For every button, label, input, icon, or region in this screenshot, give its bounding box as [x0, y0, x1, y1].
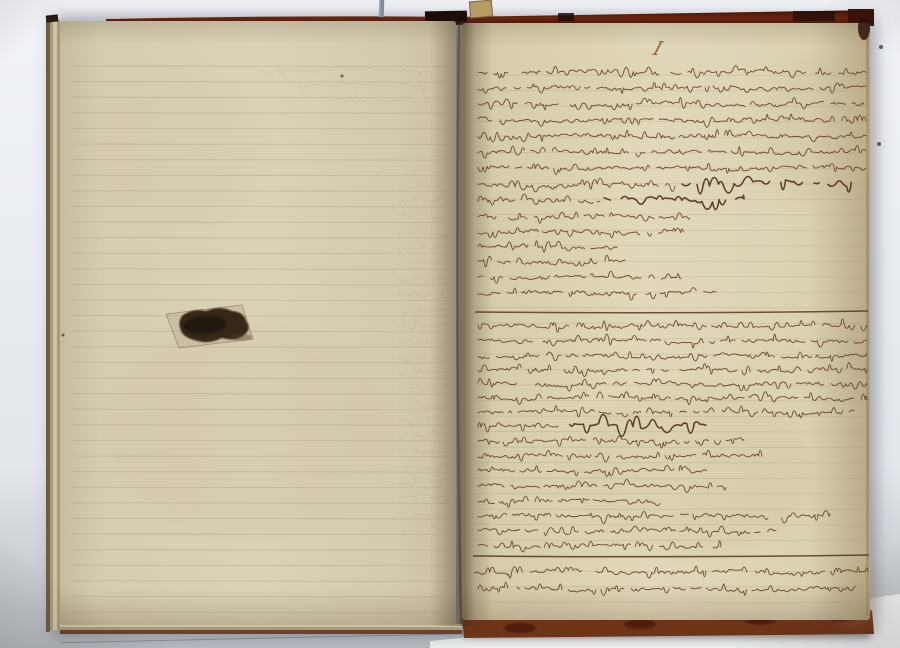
- paper-stain: [90, 70, 270, 230]
- manuscript-photo: I: [0, 0, 900, 648]
- book-gutter: [430, 21, 492, 626]
- dust-speck: [877, 142, 881, 146]
- cover-top-edge: [858, 16, 870, 40]
- photo-canvas: [0, 0, 900, 648]
- bookmark-tab: [469, 0, 492, 18]
- page-edges-bottom-left: [60, 624, 462, 634]
- dust-speck: [879, 45, 883, 49]
- paper-stain: [530, 50, 670, 130]
- dust-speck: [341, 75, 344, 78]
- paper-stain: [833, 569, 877, 621]
- paper-stain: [110, 320, 390, 540]
- page-edges-left: [46, 14, 60, 632]
- dust-speck: [62, 334, 65, 337]
